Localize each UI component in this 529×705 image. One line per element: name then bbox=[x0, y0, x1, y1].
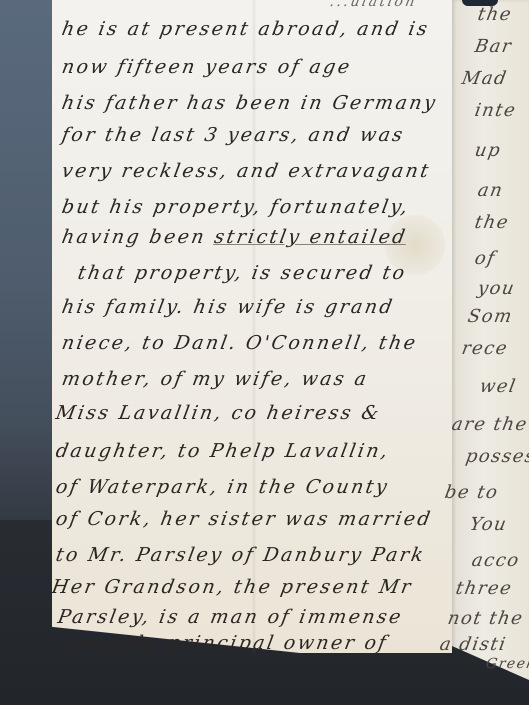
handwritten-fragment: inte bbox=[473, 100, 518, 121]
handwritten-fragment: the bbox=[476, 4, 514, 25]
handwritten-line: very reckless, and extravagant bbox=[60, 160, 432, 182]
handwritten-fragment: an bbox=[476, 180, 505, 201]
handwritten-line: now fifteen years of age bbox=[60, 56, 353, 78]
handwritten-fragment: Mad bbox=[460, 68, 509, 89]
handwritten-line: daughter, to Phelp Lavallin, bbox=[54, 440, 391, 462]
handwritten-fragment: you bbox=[476, 278, 517, 299]
underlined-phrase: strictly entailed bbox=[213, 226, 409, 248]
handwritten-line: Parsley, is a man of immense bbox=[56, 606, 405, 628]
handwritten-line: ...ulation bbox=[329, 0, 419, 10]
handwritten-fragment: a disti bbox=[438, 634, 508, 655]
handwritten-fragment: are the bbox=[450, 414, 529, 435]
handwritten-line: niece, to Danl. O'Connell, the bbox=[60, 332, 419, 354]
handwritten-fragment: acco bbox=[470, 550, 521, 571]
handwritten-fragment: up bbox=[473, 140, 503, 161]
handwritten-line: Miss Lavallin, co heiress & bbox=[54, 402, 383, 424]
handwritten-fragment: Som bbox=[466, 306, 514, 327]
handwritten-line: to Mr. Parsley of Danbury Park bbox=[54, 544, 427, 566]
handwritten-line: of Cork, her sister was married bbox=[54, 508, 434, 530]
handwritten-fragment: three bbox=[454, 578, 514, 599]
handwritten-line: that property, is secured to bbox=[76, 262, 408, 284]
handwritten-line-underlined: having been strictly entailed bbox=[60, 226, 409, 248]
handwritten-fragment: Greek bbox=[485, 656, 529, 672]
handwritten-fragment: wel bbox=[478, 376, 518, 397]
handwritten-line: his father has been in Germany bbox=[60, 92, 439, 114]
handwritten-line: but his property, fortunately, bbox=[60, 196, 411, 218]
handwritten-fragment: be to bbox=[443, 482, 500, 503]
handwritten-fragment: possess, bbox=[464, 446, 529, 467]
handwritten-fragment: of bbox=[473, 248, 497, 269]
handwritten-line: Her Grandson, the present Mr bbox=[50, 576, 415, 598]
handwritten-fragment: Bar bbox=[473, 36, 514, 57]
handwritten-line: mother, of my wife, was a bbox=[60, 368, 370, 390]
handwritten-line: for the last 3 years, and was bbox=[60, 124, 407, 146]
handwritten-fragment: rece bbox=[460, 338, 510, 359]
handwritten-fragment: not the bbox=[446, 608, 525, 629]
handwritten-line: of Waterpark, in the County bbox=[54, 476, 391, 498]
handwritten-line: he is at present abroad, and is bbox=[60, 18, 431, 40]
handwritten-text: having been strictly entailed bbox=[60, 226, 409, 248]
handwritten-fragment: the bbox=[473, 212, 511, 233]
handwritten-fragment: You bbox=[468, 514, 509, 535]
handwritten-line: his family. his wife is grand bbox=[60, 296, 396, 318]
handwritten-line: wealth, principal owner of bbox=[70, 632, 390, 654]
